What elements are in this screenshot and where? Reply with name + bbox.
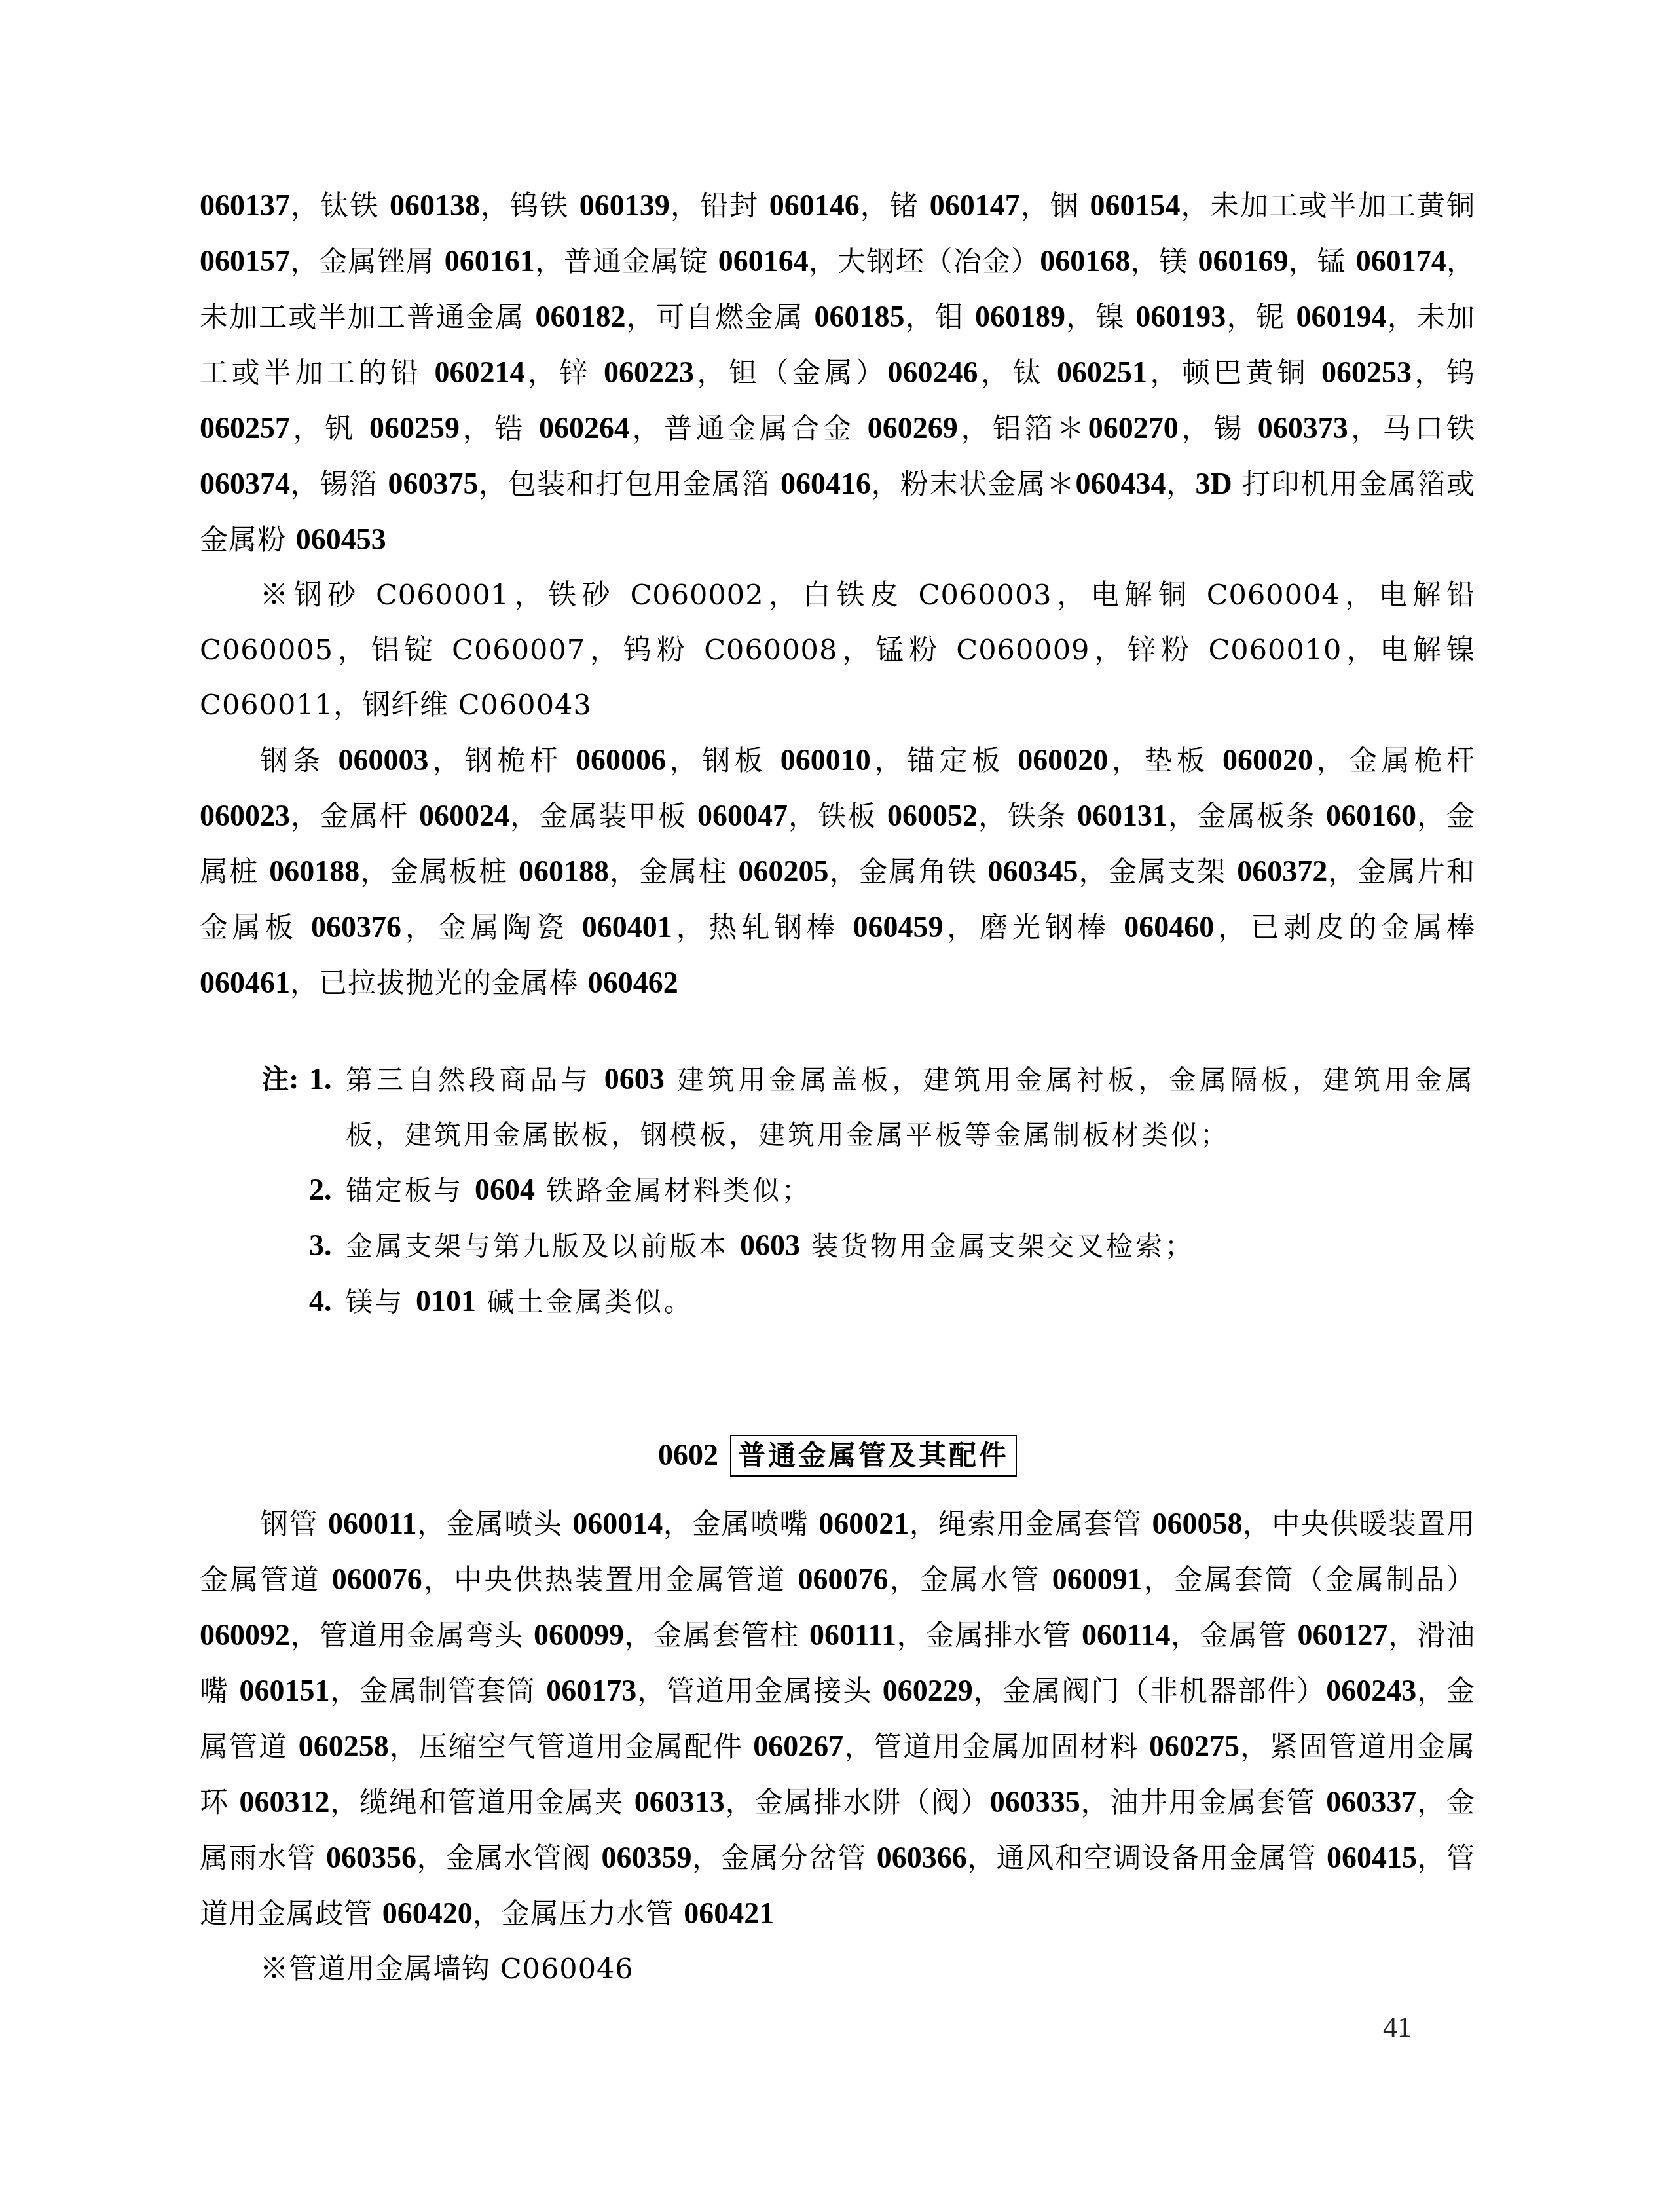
- paragraph-metals-list: 060137，钛铁 060138，钨铁 060139，铅封 060146，锗 0…: [200, 178, 1475, 568]
- goods-code: 060164: [718, 244, 809, 278]
- goods-text: ，金属装甲板: [509, 800, 697, 833]
- goods-code: 060345: [987, 855, 1078, 888]
- goods-text: ，马口铁: [1348, 413, 1475, 445]
- goods-text: ，钒: [290, 413, 369, 445]
- goods-code: 060169: [1198, 244, 1289, 278]
- goods-code: 060139: [579, 189, 670, 222]
- goods-text: ，管道用金属弯头: [290, 1619, 534, 1652]
- goods-text: 第三自然段商品与: [346, 1064, 604, 1096]
- note-item-3: 3. 金属支架与第九版及以前版本 0603 装货物用金属支架交叉检索；: [262, 1218, 1475, 1274]
- goods-text: ，钼: [905, 301, 975, 334]
- goods-code: 060253: [1321, 356, 1412, 389]
- goods-text: ，油井用金属套管: [1080, 1786, 1327, 1819]
- goods-code: 3D: [1196, 467, 1232, 500]
- goods-code: 060270: [1088, 411, 1179, 445]
- goods-text: ，金属支架: [1078, 856, 1237, 889]
- goods-text: 钢管: [260, 1508, 328, 1541]
- goods-text: ，压缩空气管道用金属配件: [389, 1731, 754, 1763]
- goods-text: ，金属喷嘴: [663, 1508, 818, 1541]
- goods-text: ，金属陶瓷: [401, 912, 582, 944]
- goods-text: ※钢砂 C060001，铁砂 C060002，白铁皮 C060003，电解铜 C…: [200, 579, 1475, 722]
- goods-code: 060111: [809, 1618, 896, 1651]
- note-item-4: 4. 镁与 0101 碱土金属类似。: [262, 1274, 1475, 1329]
- goods-text: ，通风和空调设备用金属管: [967, 1842, 1327, 1875]
- goods-text: ，铁板: [788, 800, 887, 833]
- goods-text: ，金属管: [1170, 1619, 1297, 1652]
- goods-text: ，金属分岔管: [691, 1842, 876, 1875]
- note-text: 镁与 0101 碱土金属类似。: [346, 1286, 693, 1318]
- goods-code: 060021: [818, 1507, 909, 1540]
- goods-code: 060058: [1152, 1507, 1242, 1540]
- goods-text: ，钨: [1412, 357, 1475, 390]
- goods-text: ，铅封: [670, 190, 769, 223]
- goods-text: ，锗: [860, 190, 930, 223]
- goods-text: ，钨铁: [480, 190, 579, 223]
- goods-text: ，: [1166, 468, 1195, 501]
- goods-code: 060337: [1326, 1785, 1416, 1818]
- goods-code: 060052: [887, 799, 978, 832]
- section-0602-body: 钢管 060011，金属喷头 060014，金属喷嘴 060021，绳索用金属套…: [200, 1496, 1475, 1997]
- goods-code: 060157: [200, 244, 290, 278]
- goods-code: 060461: [200, 966, 290, 999]
- goods-code: 060416: [780, 467, 871, 500]
- goods-text: ，锡: [1179, 413, 1258, 445]
- goods-code: 060168: [1040, 244, 1130, 278]
- goods-text: ※管道用金属墙钩 C060046: [260, 1953, 634, 1985]
- goods-text: ，已拉拔抛光的金属棒: [290, 967, 588, 1000]
- note-text: 第三自然段商品与 0603 建筑用金属盖板，建筑用金属衬板，金属隔板，建筑用金属…: [346, 1064, 1475, 1151]
- goods-code: 060264: [539, 411, 629, 445]
- goods-text: ，铟: [1020, 190, 1090, 223]
- goods-code: 060189: [975, 300, 1065, 333]
- goods-text: ，磨光钢棒: [943, 912, 1124, 944]
- goods-code: 060374: [200, 467, 290, 500]
- goods-text: ，垫板: [1108, 745, 1222, 777]
- goods-code: 060356: [326, 1841, 416, 1874]
- note-number: 1.: [309, 1052, 332, 1107]
- goods-text: ，钢板: [666, 745, 780, 777]
- goods-code: 060229: [883, 1674, 973, 1707]
- note-item-2: 2. 锚定板与 0604 铁路金属材料类似；: [262, 1162, 1475, 1218]
- goods-code: 060205: [739, 855, 829, 888]
- goods-text: ，金属排水管: [896, 1619, 1082, 1652]
- goods-text: ，金属锉屑: [290, 246, 445, 278]
- note-number: 3.: [309, 1218, 332, 1273]
- goods-code: 060188: [519, 855, 609, 888]
- goods-code: 060453: [296, 523, 386, 556]
- note-text: 锚定板与 0604 铁路金属材料类似；: [346, 1175, 811, 1206]
- goods-text: ，缆绳和管道用金属夹: [329, 1786, 634, 1819]
- goods-text: ，金属套筒（金属制品）: [1143, 1564, 1475, 1596]
- note-number: 4.: [309, 1274, 332, 1329]
- goods-code: 060138: [390, 189, 480, 222]
- goods-code: 060359: [601, 1841, 691, 1874]
- section-heading-0602: 0602普通金属管及其配件: [200, 1428, 1475, 1483]
- goods-code: 060434: [1075, 467, 1166, 500]
- goods-text: ，顿巴黄铜: [1147, 357, 1321, 390]
- goods-code: 0604: [475, 1173, 535, 1206]
- goods-code: 060160: [1326, 799, 1416, 832]
- goods-text: ，金属板条: [1167, 800, 1326, 833]
- goods-code: 060020: [1222, 743, 1313, 777]
- goods-code: 060092: [200, 1618, 290, 1651]
- goods-code: 060011: [328, 1507, 416, 1540]
- goods-code: 060010: [780, 743, 871, 777]
- goods-text: ，未加工或半加工黄铜: [1181, 190, 1476, 223]
- goods-text: ，镁: [1130, 246, 1198, 278]
- goods-code: 060114: [1082, 1618, 1170, 1651]
- goods-code: 060185: [815, 300, 905, 333]
- goods-text: ，已剥皮的金属棒: [1214, 912, 1475, 944]
- goods-code: 060372: [1237, 855, 1327, 888]
- goods-text: ，金属桅杆: [1313, 745, 1475, 777]
- goods-code: 060047: [697, 799, 788, 832]
- note-number: 2.: [309, 1162, 332, 1217]
- goods-text: ，钢桅杆: [429, 745, 576, 777]
- document-page: 060137，钛铁 060138，钨铁 060139，铅封 060146，锗 0…: [200, 178, 1475, 1997]
- goods-text: ，锡箔: [290, 468, 388, 501]
- goods-code: 060375: [388, 467, 479, 500]
- goods-text: ，锌: [525, 357, 604, 390]
- goods-text: ，包装和打包用金属箔: [479, 468, 780, 501]
- goods-text: ，大钢坯（冶金）: [809, 246, 1040, 278]
- goods-code: 060269: [868, 411, 958, 445]
- goods-code: 060460: [1124, 910, 1214, 944]
- paragraph-cross-ref-metals: ※钢砂 C060001，铁砂 C060002，白铁皮 C060003，电解铜 C…: [200, 568, 1475, 733]
- goods-text: ，钽（金属）: [694, 357, 887, 390]
- goods-code: 060193: [1135, 300, 1226, 333]
- goods-text: ，管道用金属加固材料: [843, 1731, 1149, 1763]
- goods-text: 铁路金属材料类似；: [535, 1175, 811, 1206]
- goods-text: ，镍: [1065, 301, 1135, 334]
- goods-code: 0603: [604, 1062, 665, 1096]
- goods-text: ，可自燃金属: [626, 301, 815, 334]
- goods-text: ，钛: [978, 357, 1057, 390]
- goods-code: 060174: [1356, 244, 1446, 278]
- goods-code: 060127: [1297, 1618, 1387, 1651]
- goods-code: 060154: [1090, 189, 1181, 222]
- goods-code: 060091: [1052, 1562, 1143, 1596]
- goods-code: 060147: [930, 189, 1020, 222]
- goods-code: 060366: [877, 1841, 967, 1874]
- goods-code: 060421: [684, 1896, 774, 1930]
- goods-code: 060076: [332, 1562, 422, 1596]
- goods-code: 060267: [753, 1729, 843, 1763]
- goods-text: 镁与: [346, 1286, 416, 1318]
- goods-code: 060223: [604, 356, 694, 389]
- section-code: 0602: [658, 1438, 718, 1471]
- goods-text: ，金属水管阀: [416, 1842, 601, 1875]
- goods-code: 060246: [887, 356, 978, 389]
- goods-code: 0603: [740, 1228, 800, 1262]
- goods-code: 060462: [588, 966, 678, 999]
- goods-text: ，绳索用金属套管: [909, 1508, 1152, 1541]
- goods-text: ，普通金属锭: [535, 246, 718, 278]
- goods-text: ，金属角铁: [829, 856, 988, 889]
- goods-code: 060376: [311, 910, 401, 944]
- note-item-1: 注: 1. 第三自然段商品与 0603 建筑用金属盖板，建筑用金属衬板，金属隔板…: [262, 1052, 1475, 1162]
- goods-code: 060313: [634, 1785, 725, 1818]
- goods-code: 060420: [382, 1896, 473, 1930]
- goods-code: 060076: [798, 1562, 888, 1596]
- goods-code: 060312: [239, 1785, 329, 1818]
- goods-code: 060415: [1327, 1841, 1417, 1874]
- goods-code: 060173: [546, 1674, 636, 1707]
- goods-text: ，铝箔＊: [958, 413, 1088, 445]
- goods-code: 060099: [534, 1618, 624, 1651]
- goods-code: 060243: [1326, 1674, 1416, 1707]
- goods-code: 060024: [419, 799, 509, 832]
- goods-code: 060275: [1149, 1729, 1239, 1763]
- goods-text: ，金属阀门（非机器部件）: [973, 1675, 1327, 1708]
- goods-code: 060020: [1018, 743, 1108, 777]
- goods-text: ，锆: [460, 413, 539, 445]
- goods-code: 060373: [1258, 411, 1348, 445]
- goods-text: ，锰: [1289, 246, 1356, 278]
- goods-text: ，金属套管柱: [624, 1619, 809, 1652]
- goods-code: 060188: [269, 855, 359, 888]
- goods-code: 060006: [576, 743, 666, 777]
- paragraph-pipes-list: 钢管 060011，金属喷头 060014，金属喷嘴 060021，绳索用金属套…: [200, 1496, 1475, 1942]
- goods-text: ，管道用金属接头: [636, 1675, 883, 1708]
- goods-text: ，钛铁: [290, 190, 390, 223]
- goods-text: ，金属水管: [888, 1564, 1052, 1596]
- goods-code: 060182: [536, 300, 626, 333]
- goods-code: 060023: [200, 799, 290, 832]
- goods-code: 060161: [445, 244, 535, 278]
- goods-text: ，锚定板: [871, 745, 1018, 777]
- page-number: 41: [1383, 2010, 1412, 2044]
- goods-code: 060257: [200, 411, 290, 445]
- goods-text: ，金属压力水管: [473, 1898, 684, 1930]
- goods-code: 060151: [239, 1674, 329, 1707]
- notes-label: 注:: [262, 1052, 299, 1107]
- goods-text: ，金属喷头: [417, 1508, 573, 1541]
- goods-code: 060335: [990, 1785, 1080, 1818]
- paragraph-metal-bars-plates: 钢条 060003，钢桅杆 060006，钢板 060010，锚定板 06002…: [200, 733, 1475, 1011]
- goods-code: 060131: [1077, 799, 1167, 832]
- goods-text: ，中央供热装置用金属管道: [422, 1564, 798, 1596]
- goods-text: 金属支架与第九版及以前版本: [346, 1230, 740, 1262]
- goods-text: 锚定板与: [346, 1175, 475, 1206]
- goods-text: ，金属杆: [290, 800, 419, 833]
- goods-text: ，粉末状金属＊: [871, 468, 1076, 501]
- goods-text: 装货物用金属支架交叉检索；: [800, 1230, 1194, 1262]
- note-text: 金属支架与第九版及以前版本 0603 装货物用金属支架交叉检索；: [346, 1230, 1194, 1262]
- section-0601-body: 060137，钛铁 060138，钨铁 060139，铅封 060146，锗 0…: [200, 178, 1475, 1011]
- goods-code: 060259: [369, 411, 460, 445]
- goods-text: ，普通金属合金: [629, 413, 868, 445]
- goods-code: 060401: [582, 910, 672, 944]
- goods-text: ，铁条: [978, 800, 1077, 833]
- goods-code: 060251: [1057, 356, 1147, 389]
- goods-code: 060137: [200, 189, 290, 222]
- goods-text: ，金属柱: [609, 856, 739, 889]
- notes-block: 注: 1. 第三自然段商品与 0603 建筑用金属盖板，建筑用金属衬板，金属隔板…: [200, 1052, 1475, 1329]
- goods-code: 0101: [416, 1284, 476, 1318]
- goods-text: ，金属排水阱（阀）: [725, 1786, 990, 1819]
- goods-text: 碱土金属类似。: [476, 1286, 693, 1318]
- goods-text: 钢条: [260, 745, 339, 777]
- goods-code: 060014: [572, 1507, 663, 1540]
- goods-text: ，金属板桩: [359, 856, 519, 889]
- goods-code: 060146: [769, 189, 860, 222]
- goods-code: 060214: [435, 356, 525, 389]
- section-title-box: 普通金属管及其配件: [730, 1435, 1017, 1477]
- goods-code: 060258: [299, 1729, 389, 1763]
- goods-code: 060003: [339, 743, 429, 777]
- goods-text: ，热轧钢棒: [672, 912, 853, 944]
- paragraph-cross-ref-pipes: ※管道用金属墙钩 C060046: [200, 1942, 1475, 1997]
- goods-code: 060459: [853, 910, 943, 944]
- goods-text: ，金属制管套筒: [329, 1675, 546, 1708]
- goods-code: 060194: [1296, 300, 1387, 333]
- goods-text: ，铌: [1226, 301, 1296, 334]
